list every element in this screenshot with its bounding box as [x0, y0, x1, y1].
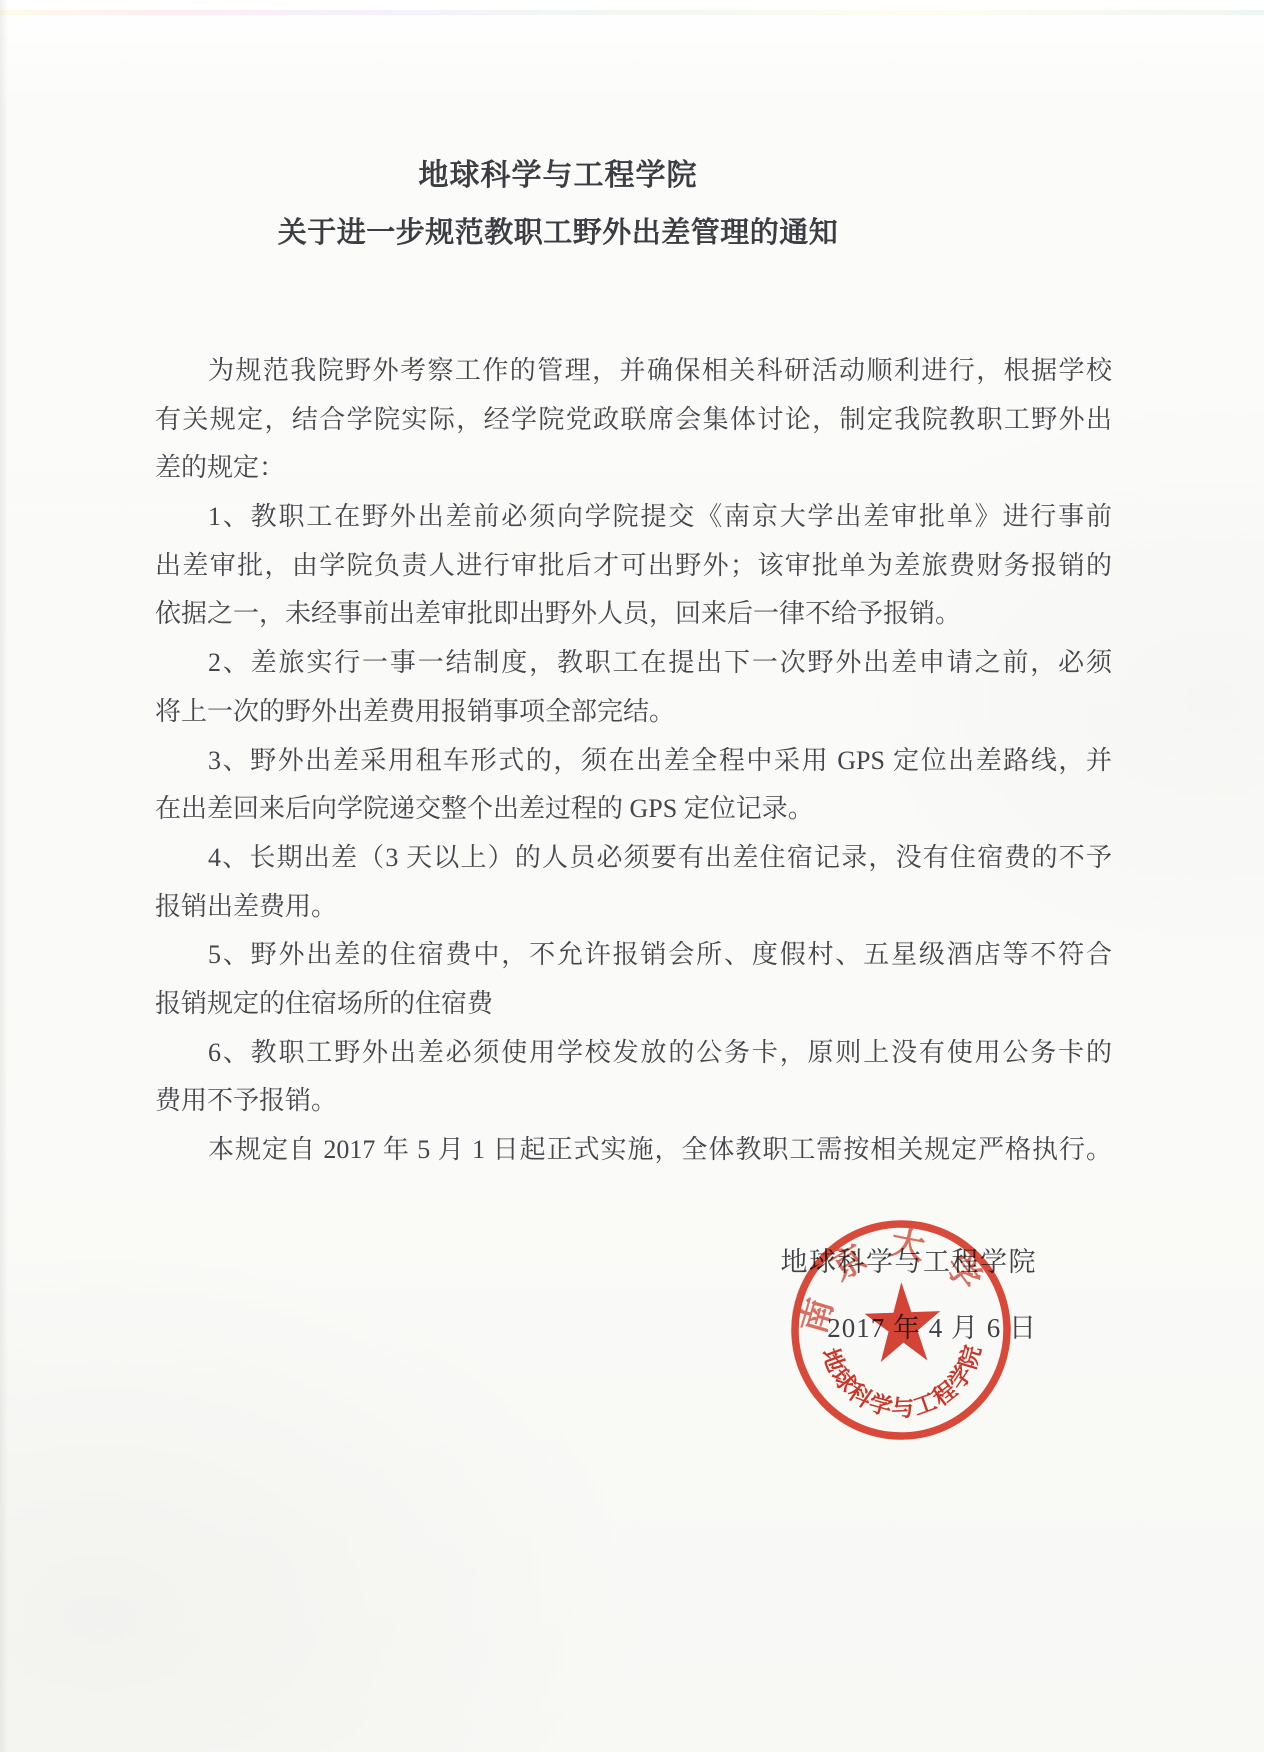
official-seal: 南京大学 地球科学与工程学院 — [767, 1196, 1036, 1465]
body-line: 4、长期出差（3 天以上）的人员必须要有出差住宿记录，没有住宿费的不予 — [155, 834, 1112, 883]
body-line: 6、教职工野外出差必须使用学校发放的公务卡，原则上没有使用公务卡的 — [155, 1029, 1112, 1078]
document-title-institution: 地球科学与工程学院 — [0, 156, 1116, 196]
scanned-document-page: 地球科学与工程学院 关于进一步规范教职工野外出差管理的通知 为规范我院野外考察工… — [0, 0, 1264, 1752]
body-line: 本规定自 2017 年 5 月 1 日起正式实施，全体教职工需按相关规定严格执行… — [155, 1126, 1112, 1175]
body-line: 为规范我院野外考察工作的管理，并确保相关科研活动顺利进行，根据学校 — [155, 347, 1112, 396]
body-line: 有关规定，结合学院实际，经学院党政联席会集体讨论，制定我院教职工野外出 — [155, 396, 1112, 445]
seal-bottom-text: 地球科学与工程学院 — [817, 1340, 989, 1424]
body-line: 差的规定： — [155, 444, 1112, 493]
page-edge-shadow — [0, 0, 8, 1752]
body-line: 报销规定的住宿场所的住宿费 — [155, 980, 1112, 1029]
body-line: 报销出差费用。 — [155, 883, 1112, 932]
body-line: 依据之一，未经事前出差审批即出野外人员，回来后一律不给予报销。 — [155, 590, 1112, 639]
star-icon — [864, 1281, 942, 1363]
body-line: 5、野外出差的住宿费中，不允许报销会所、度假村、五星级酒店等不符合 — [155, 931, 1112, 980]
body-line: 费用不予报销。 — [155, 1077, 1112, 1126]
body-line: 2、差旅实行一事一结制度，教职工在提出下一次野外出差申请之前，必须 — [155, 639, 1112, 688]
body-line: 1、教职工在野外出差前必须向学院提交《南京大学出差审批单》进行事前 — [155, 493, 1112, 542]
scanner-artifact-line — [0, 10, 1264, 15]
body-text: 为规范我院野外考察工作的管理，并确保相关科研活动顺利进行，根据学校有关规定，结合… — [155, 347, 1112, 1175]
body-line: 3、野外出差采用租车形式的，须在出差全程中采用 GPS 定位出差路线，并 — [155, 737, 1112, 786]
body-line: 出差审批，由学院负责人进行审批后才可出野外；该审批单为差旅费财务报销的 — [155, 542, 1112, 591]
document-title-notice: 关于进一步规范教职工野外出差管理的通知 — [0, 213, 1116, 253]
document-header: 地球科学与工程学院 关于进一步规范教职工野外出差管理的通知 — [0, 156, 1264, 253]
body-line: 在出差回来后向学院递交整个出差过程的 GPS 定位记录。 — [155, 785, 1112, 834]
body-line: 将上一次的野外出差费用报销事项全部完结。 — [155, 688, 1112, 737]
